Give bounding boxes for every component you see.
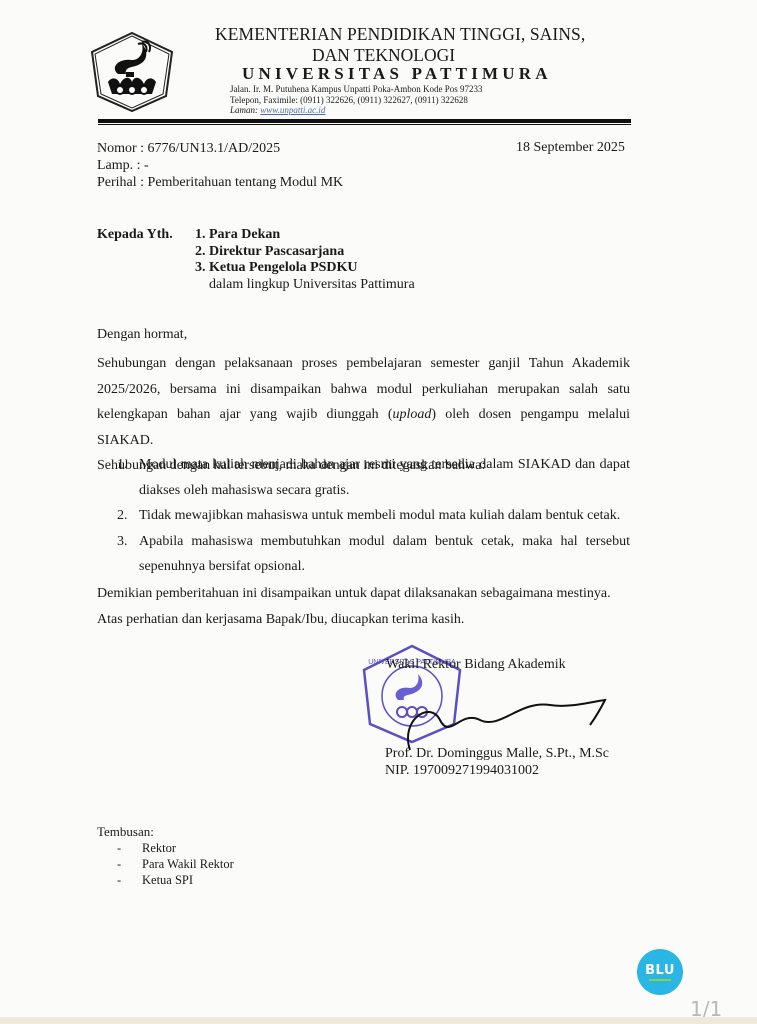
cc-item: -Rektor [117,840,234,856]
recipient: 1. Para Dekan [195,227,415,244]
recipients-scope: dalam lingkup Universitas Pattimura [195,277,415,294]
letterhead-contact: Jalan. Ir. M. Putuhena Kampus Unpatti Po… [230,84,482,116]
attachment: Lamp. : - [97,157,343,174]
blu-badge-label: BLU [645,963,675,978]
recipients-list: 1. Para Dekan 2. Direktur Pascasarjana 3… [195,227,415,293]
closing-line: Atas perhatian dan kerjasama Bapak/Ibu, … [97,607,634,633]
list-item: 1.Modul mata kuliah menjadi bahan ajar r… [117,452,630,503]
ministry-name: KEMENTERIAN PENDIDIKAN TINGGI, SAINS, [215,24,585,45]
letterhead-divider [98,119,631,123]
signatory-nip: NIP. 197009271994031002 [385,763,539,779]
recipient: 2. Direktur Pascasarjana [195,244,415,261]
letter-number: Nomor : 6776/UN13.1/AD/2025 [97,140,343,157]
signatory-name: Prof. Dr. Dominggus Malle, S.Pt., M.Sc [385,746,609,762]
page-edge [0,1017,757,1024]
cc-label: Tembusan: [97,824,154,840]
greeting: Dengan hormat, [97,327,187,343]
website-link[interactable]: www.unpatti.ac.id [260,105,325,115]
points-list: 1.Modul mata kuliah menjadi bahan ajar r… [117,452,630,580]
blu-badge-button[interactable]: BLU [637,949,683,995]
list-item: 3.Apabila mahasiswa membutuhkan modul da… [117,529,630,580]
cc-item: -Ketua SPI [117,872,234,888]
university-emblem-icon [88,30,176,114]
letter-date: 18 September 2025 [516,140,625,156]
paragraph-line: kelengkapan bahan ajar yang wajib diungg… [97,402,630,453]
phone: Telepon, Faximile: (0911) 322626, (0911)… [230,95,482,106]
list-item: 2.Tidak mewajibkan mahasiswa untuk membe… [117,503,630,529]
closing-line: Demikian pemberitahuan ini disampaikan u… [97,581,634,607]
paragraph-line: 2025/2026, bersama ini disampaikan bahwa… [97,377,630,403]
university-name: UNIVERSITAS PATTIMURA [242,64,552,84]
address: Jalan. Ir. M. Putuhena Kampus Unpatti Po… [230,84,482,95]
recipient: 3. Ketua Pengelola PSDKU [195,260,415,277]
letter-meta: Nomor : 6776/UN13.1/AD/2025 Lamp. : - Pe… [97,140,343,191]
blu-badge-underline [649,979,671,981]
letterhead-divider-thin [98,124,631,125]
ministry-name-cont: DAN TEKNOLOGI [312,45,455,66]
signatory-title: Wakil Rektor Bidang Akademik [386,657,566,673]
website-label: Laman: [230,105,258,115]
cc-list: -Rektor -Para Wakil Rektor -Ketua SPI [117,840,234,888]
recipients-label: Kepada Yth. [97,227,173,243]
closing: Demikian pemberitahuan ini disampaikan u… [97,581,634,632]
paragraph-line: Sehubungan dengan pelaksanaan proses pem… [97,351,630,377]
cc-item: -Para Wakil Rektor [117,856,234,872]
subject: Perihal : Pemberitahuan tentang Modul MK [97,174,343,191]
